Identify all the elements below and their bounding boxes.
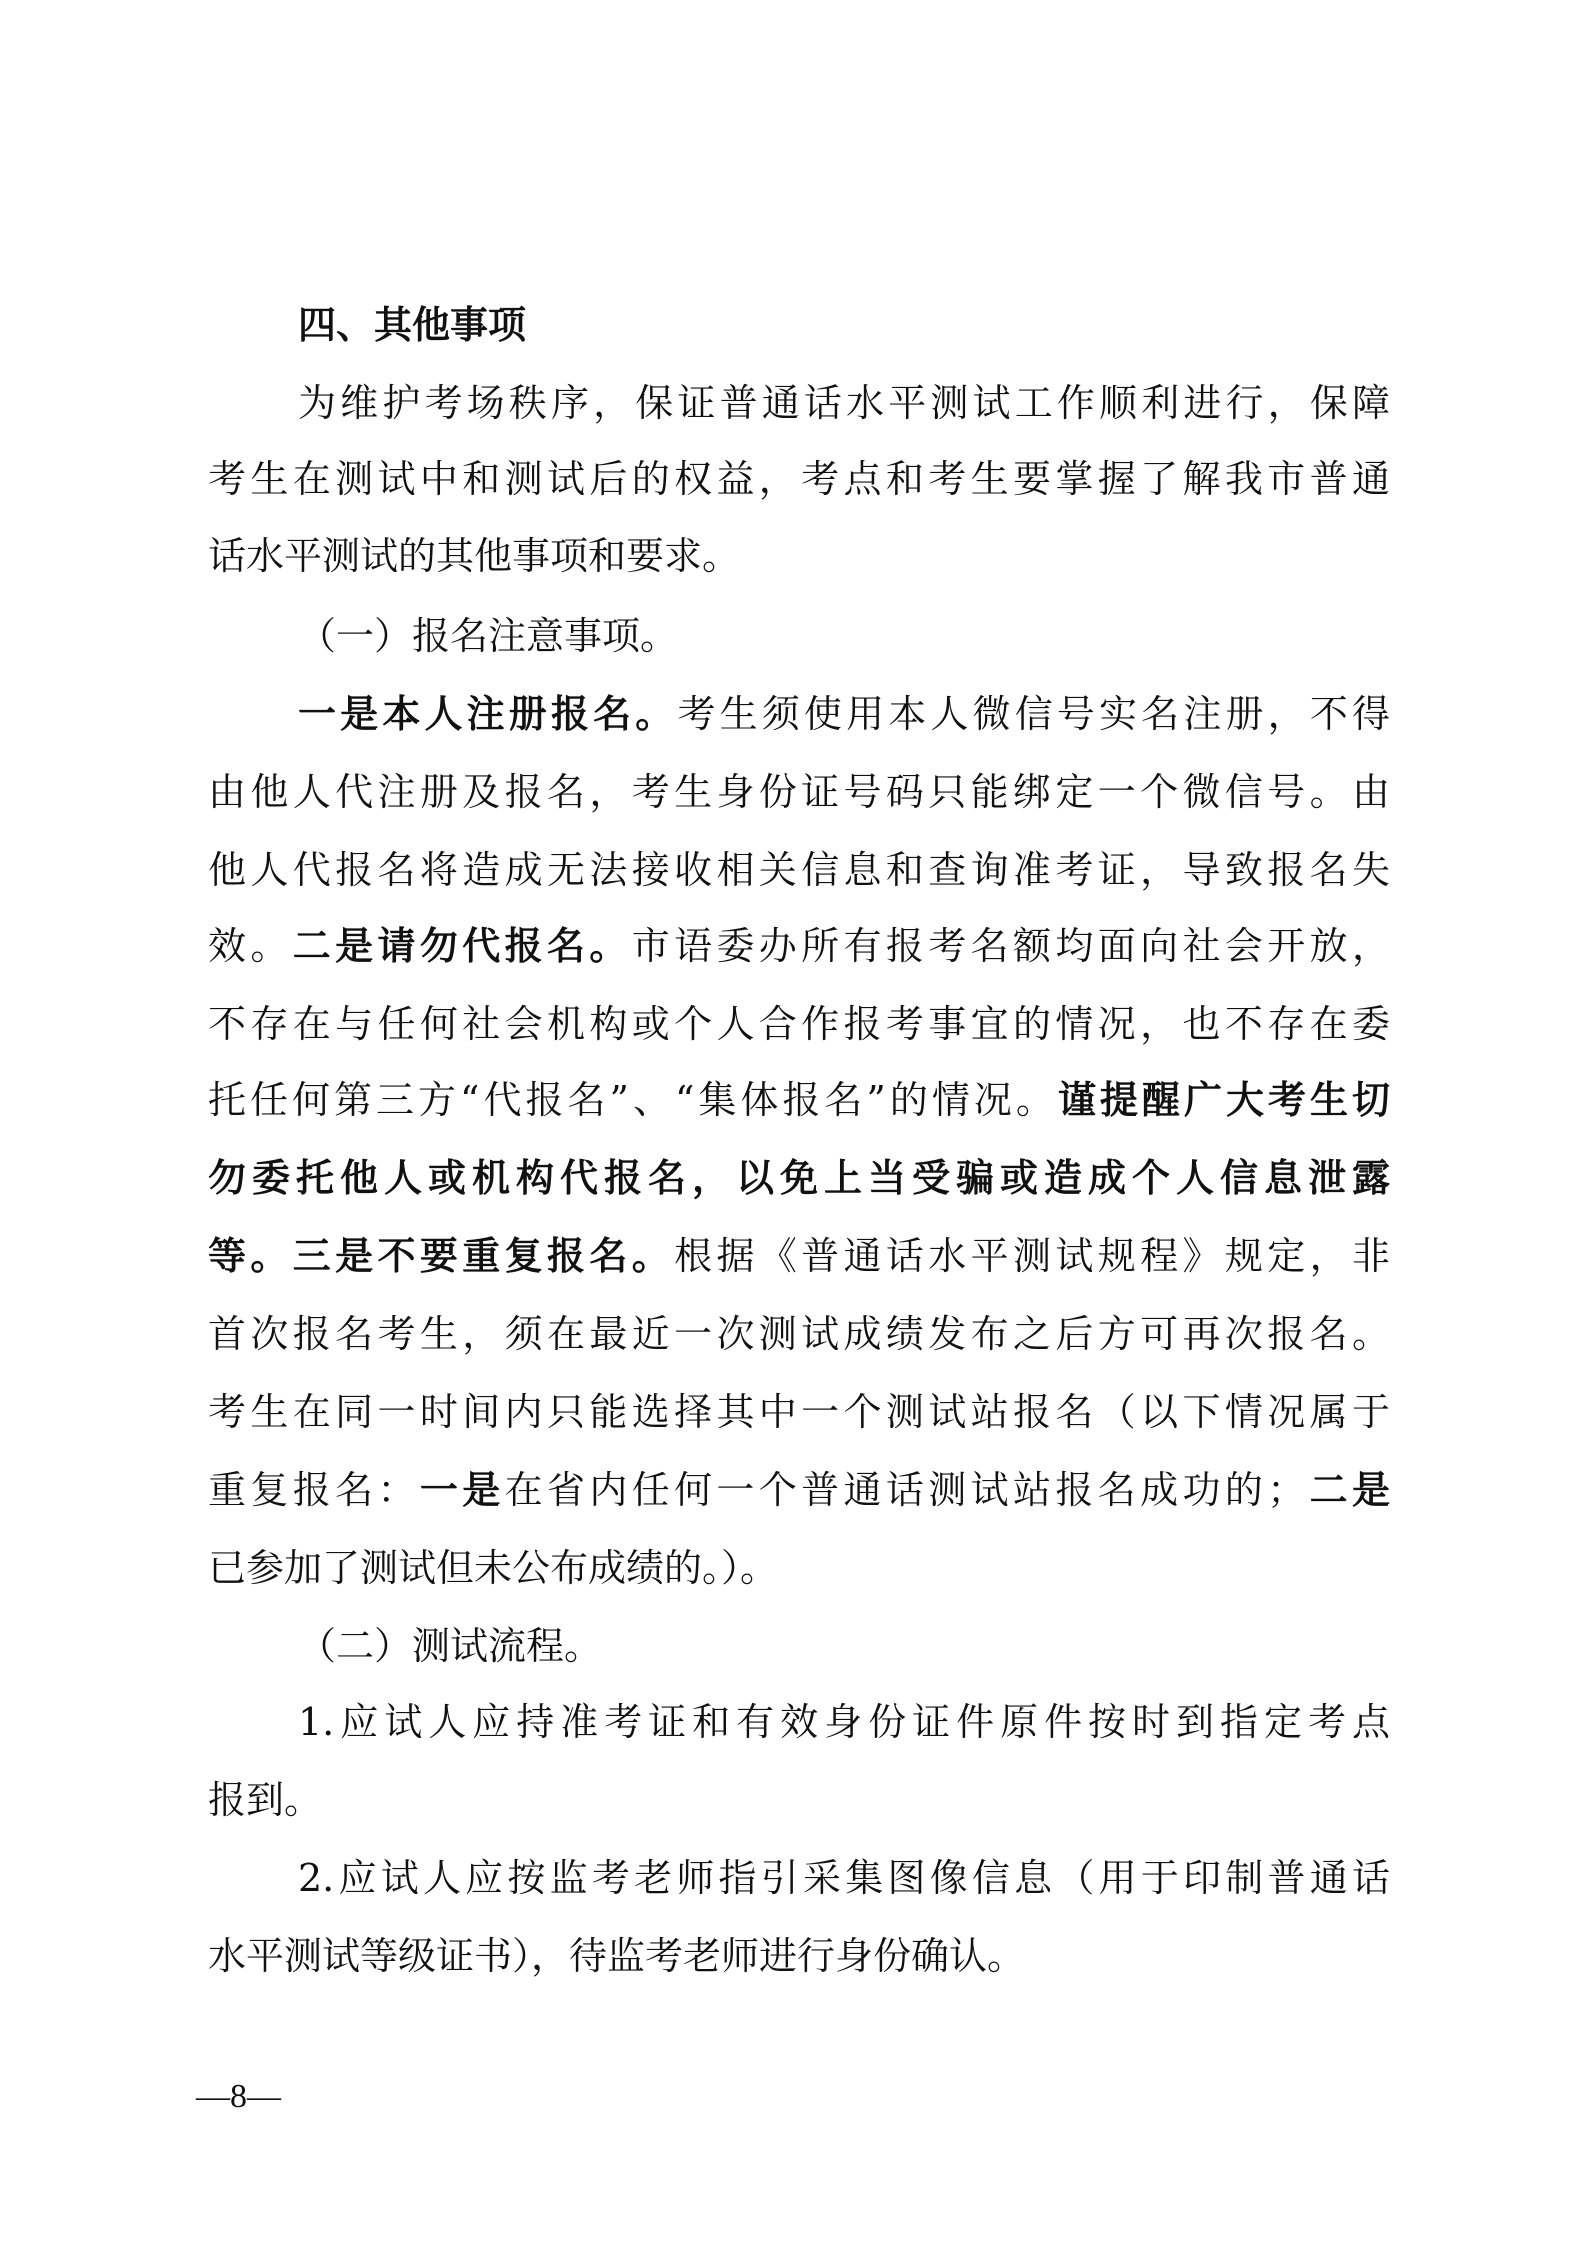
emphasis-text: 一是本人注册报名。 xyxy=(298,692,677,736)
process-item-1-line-2: 报到。 xyxy=(208,1776,1390,1824)
registration-notice-line: 由他人代注册及报名，考生身份证号码只能绑定一个微信号。由 xyxy=(208,768,1390,816)
page-number: —8— xyxy=(196,2075,281,2119)
body-text: 托任何第三方“代报名”、“集体报名”的情况。 xyxy=(208,1078,1058,1122)
document-page: 四、其他事项 为维护考场秩序，保证普通话水平测试工作顺利进行，保障 考生在测试中… xyxy=(0,0,1587,2245)
registration-notice-line: 重复报名：一是在省内任何一个普通话测试站报名成功的；二是 xyxy=(208,1466,1390,1514)
emphasis-text: 一是 xyxy=(420,1468,505,1512)
body-text: 已参加了测试但未公布成绩的。）。 xyxy=(208,1546,778,1590)
registration-notice-line: 托任何第三方“代报名”、“集体报名”的情况。谨提醒广大考生切 xyxy=(208,1076,1390,1124)
subsection-2-title: （二）测试流程。 xyxy=(298,1622,1390,1670)
emphasis-text: 谨提醒广大考生切 xyxy=(1058,1078,1390,1122)
body-text: 他人代报名将造成无法接收相关信息和查询准考证，导致报名失 xyxy=(208,848,1390,892)
registration-notice-line: 首次报名考生，须在最近一次测试成绩发布之后方可再次报名。 xyxy=(208,1310,1390,1358)
process-item-1-line-1: 1.应试人应持准考证和有效身份证件原件按时到指定考点 xyxy=(298,1698,1390,1746)
registration-notice-line: 等。三是不要重复报名。根据《普通话水平测试规程》规定，非 xyxy=(208,1232,1390,1280)
emphasis-text: 三是不要重复报名。 xyxy=(293,1234,674,1278)
body-text: 考生须使用本人微信号实名注册，不得 xyxy=(677,692,1390,736)
body-text: 考生在同一时间内只能选择其中一个测试站报名（以下情况属于 xyxy=(208,1390,1390,1434)
body-text: 市语委办所有报考名额均面向社会开放， xyxy=(632,924,1390,968)
intro-line-3: 话水平测试的其他事项和要求。 xyxy=(208,532,1390,580)
body-text: 重复报名： xyxy=(208,1468,420,1512)
body-text: 在省内任何一个普通话测试站报名成功的； xyxy=(505,1468,1306,1512)
registration-notice-line: 效。二是请勿代报名。市语委办所有报考名额均面向社会开放， xyxy=(208,922,1390,970)
section-heading: 四、其他事项 xyxy=(298,301,1390,349)
subsection-1-title: （一）报名注意事项。 xyxy=(298,612,1390,660)
registration-notice-line: 他人代报名将造成无法接收相关信息和查询准考证，导致报名失 xyxy=(208,846,1390,894)
emphasis-text: 等。 xyxy=(208,1234,293,1278)
body-text: 根据《普通话水平测试规程》规定，非 xyxy=(674,1234,1390,1278)
emphasis-text: 勿委托他人或机构代报名，以免上当受骗或造成个人信息泄露 xyxy=(208,1156,1390,1200)
body-text: 由他人代注册及报名，考生身份证号码只能绑定一个微信号。由 xyxy=(208,770,1390,814)
registration-notice-line: 不存在与任何社会机构或个人合作报考事宜的情况，也不存在委 xyxy=(208,1000,1390,1048)
body-text: 不存在与任何社会机构或个人合作报考事宜的情况，也不存在委 xyxy=(208,1002,1390,1046)
intro-line-2: 考生在测试中和测试后的权益，考点和考生要掌握了解我市普通 xyxy=(208,455,1390,503)
emphasis-text: 二是请勿代报名。 xyxy=(293,924,632,968)
registration-notice-line: 一是本人注册报名。考生须使用本人微信号实名注册，不得 xyxy=(298,690,1390,738)
registration-notice-line: 考生在同一时间内只能选择其中一个测试站报名（以下情况属于 xyxy=(208,1388,1390,1436)
body-text: 首次报名考生，须在最近一次测试成绩发布之后方可再次报名。 xyxy=(208,1312,1390,1356)
intro-line-1: 为维护考场秩序，保证普通话水平测试工作顺利进行，保障 xyxy=(298,379,1390,427)
process-item-2-line-1: 2.应试人应按监考老师指引采集图像信息（用于印制普通话 xyxy=(298,1854,1390,1902)
registration-notice-line: 勿委托他人或机构代报名，以免上当受骗或造成个人信息泄露 xyxy=(208,1154,1390,1202)
emphasis-text: 二是 xyxy=(1305,1468,1390,1512)
process-item-2-line-2: 水平测试等级证书），待监考老师进行身份确认。 xyxy=(208,1932,1390,1980)
body-text: 效。 xyxy=(208,924,293,968)
registration-notice-line: 已参加了测试但未公布成绩的。）。 xyxy=(208,1544,1390,1592)
